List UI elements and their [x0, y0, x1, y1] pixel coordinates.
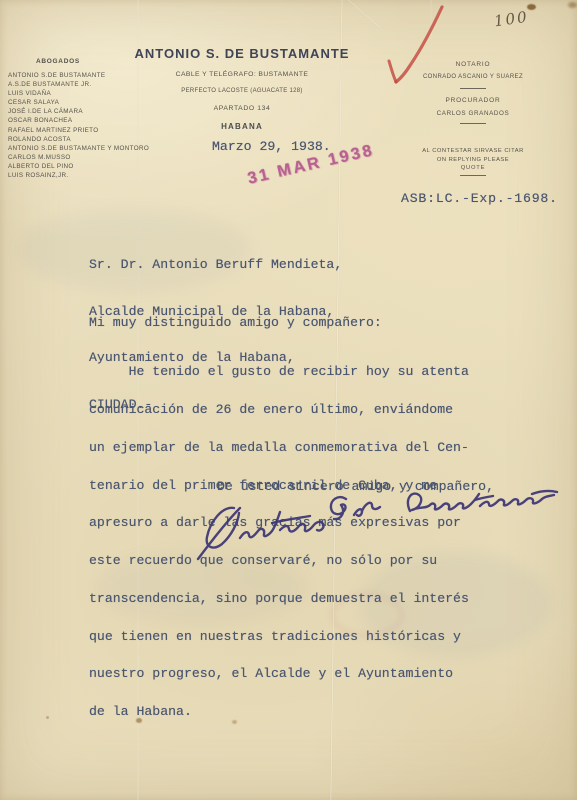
- body-line: He tenido el gusto de recibir hoy su ate…: [89, 366, 469, 379]
- procurador-name: CARLOS GRANADOS: [406, 110, 540, 117]
- letter-date: Marzo 29, 1938.: [212, 139, 331, 154]
- body-line: un ejemplar de la medalla conmemorativa …: [89, 442, 469, 455]
- abogado-name: ANTONIO S.DE BUSTAMANTE Y MONTORO: [8, 144, 158, 153]
- signature-autograph: [188, 486, 566, 569]
- cable-address-line: CABLE Y TELÉGRAFO: BUSTAMANTE: [112, 71, 372, 78]
- divider-rule: [406, 123, 540, 124]
- body-line: nuestro progreso, el Alcalde y el Ayunta…: [89, 668, 469, 681]
- recipient-line: Sr. Dr. Antonio Beruff Mendieta,: [89, 257, 342, 273]
- reply-note-line: AL CONTESTAR SIRVASE CITAR: [406, 148, 540, 154]
- crease-diagonal-top: [344, 0, 380, 28]
- letter-document-page: 100 ABOGADOS ANTONIO S.DE BUSTAMANTE A.S…: [0, 0, 577, 800]
- signature-strokes: [188, 486, 566, 564]
- body-line: que tienen en nuestras tradiciones histó…: [89, 631, 469, 644]
- notario-title: NOTARIO: [406, 61, 540, 68]
- notario-name: CONRADO ASCANIO Y SUAREZ: [406, 74, 540, 80]
- abogado-name: ALBERTO DEL PINO: [8, 162, 158, 171]
- body-line: de la Habana.: [89, 706, 469, 719]
- body-line: comunicación de 26 de enero último, envi…: [89, 404, 469, 417]
- paper-stain: [46, 716, 49, 719]
- procurador-title: PROCURADOR: [406, 97, 540, 104]
- ink-stain: [568, 2, 577, 8]
- body-line: transcendencia, sino porque demuestra el…: [89, 593, 469, 606]
- street-address-line: PERFECTO LACOSTE (AGUACATE 128): [112, 88, 372, 94]
- reply-note-line: ON REPLYING PLEASE: [406, 157, 540, 163]
- letterhead-right-column: NOTARIO CONRADO ASCANIO Y SUAREZ PROCURA…: [406, 61, 540, 186]
- city-line: HABANA: [112, 122, 372, 131]
- reply-note-line: QUOTE: [406, 165, 540, 171]
- firm-name: ANTONIO S. DE BUSTAMANTE: [112, 46, 372, 61]
- handwritten-page-number: 100: [493, 8, 530, 31]
- reference-number: ASB:LC.-Exp.-1698.: [401, 191, 558, 206]
- abogado-name: CARLOS M.MUSSO: [8, 153, 158, 162]
- po-box-line: APARTADO 134: [112, 105, 372, 112]
- abogado-name: LUIS ROSAINZ,JR.: [8, 171, 158, 180]
- ink-stain: [527, 4, 536, 10]
- letterhead-center: ANTONIO S. DE BUSTAMANTE CABLE Y TELÉGRA…: [112, 46, 372, 141]
- salutation: Mi muy distinguido amigo y compañero:: [89, 315, 382, 330]
- divider-rule: [406, 175, 540, 176]
- divider-rule: [406, 88, 540, 89]
